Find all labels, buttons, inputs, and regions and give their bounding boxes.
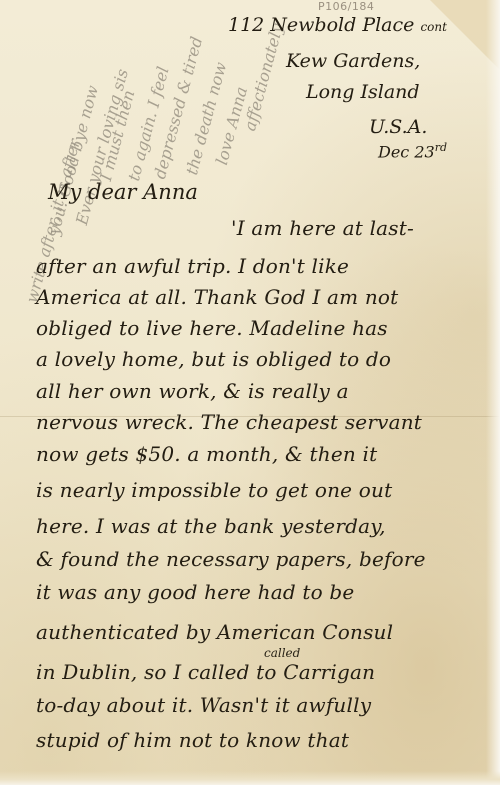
letter-date-text: Dec 23 [378,142,435,161]
body-line: stupid of him not to know that [36,730,349,750]
body-line: a lovely home, but is obliged to do [36,349,391,369]
inserted-word: called [264,646,300,660]
letter-date: Dec 23rd [378,142,447,160]
paper-right-edge [486,0,500,785]
body-line: America at all. Thank God I am not [36,287,398,307]
address-street-text: 112 Newbold Place [228,14,414,36]
address-country: U.S.A. [369,118,427,137]
body-line: to-day about it. Wasn't it awfully [36,695,371,715]
letter-date-suffix: rd [435,141,447,154]
body-line: it was any good here had to be [36,582,354,602]
body-line: nervous wreck. The cheapest servant [36,412,422,432]
address-town: Kew Gardens, [286,52,420,71]
body-line: here. I was at the bank yesterday, [36,516,386,536]
archive-number: P106/184 [318,0,374,13]
body-line: authenticated by American Consul [36,622,393,642]
body-line: 'I am here at last- [231,218,414,238]
body-line: now gets $50. a month, & then it [36,444,377,464]
address-street: 112 Newbold Place cont [228,16,447,35]
address-street-suffix: cont [420,20,447,34]
body-line: after an awful trip. I don't like [36,256,349,276]
paper-bottom-edge [0,771,500,785]
salutation: My dear Anna [48,180,198,204]
body-line: & found the necessary papers, before [36,549,426,569]
body-line: obliged to live here. Madeline has [36,318,388,338]
body-line: in Dublin, so I called to Carrigan [36,662,375,682]
cross-writing-line: affectionately [240,21,287,133]
body-line: all her own work, & is really a [36,381,349,401]
letter-page: P106/184 write after, it is after you. G… [0,0,500,785]
body-line: is nearly impossible to get one out [36,480,392,500]
address-region: Long Island [306,83,420,102]
